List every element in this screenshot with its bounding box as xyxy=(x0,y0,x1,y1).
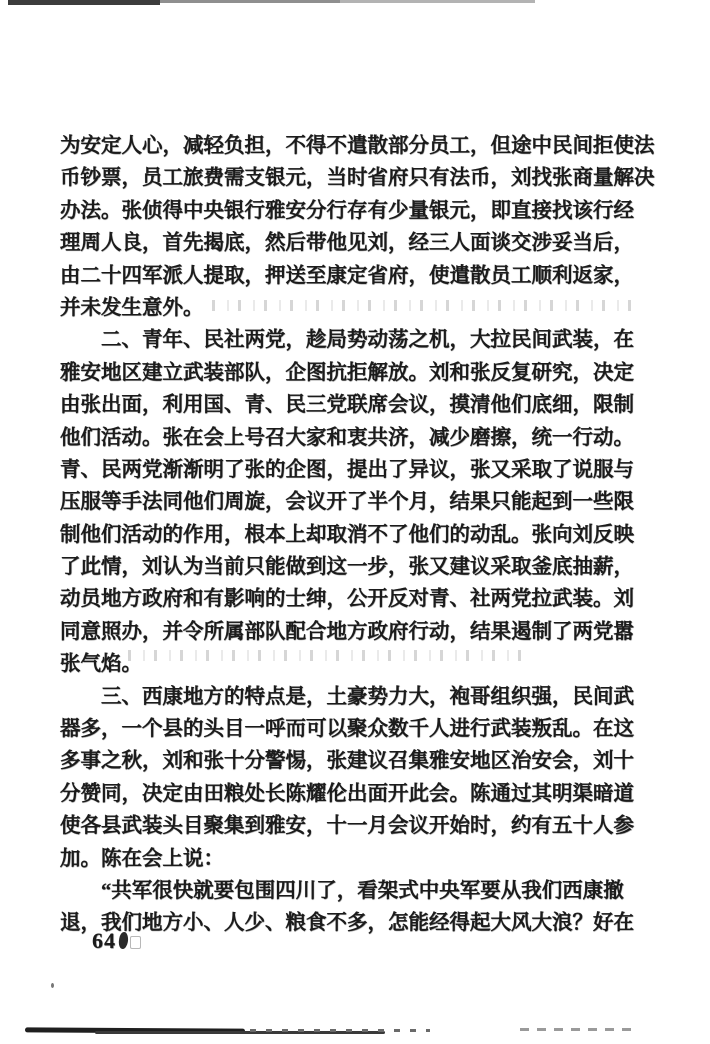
text-line: 办法。张侦得中央银行雅安分行存有少量银元，即直接找该行经 xyxy=(60,195,654,227)
scan-artifact-bottom-smear-faint xyxy=(520,1028,635,1031)
text-line: 使各县武装头目聚集到雅安，十一月会议开始时，约有五十人参 xyxy=(60,810,654,842)
text-line: 同意照办，并令所属部队配合地方政府行动，结果遏制了两党嚣 xyxy=(60,616,654,648)
text-line: 了此情，刘认为当前只能做到这一步，张又建议采取釜底抽薪， xyxy=(60,551,654,583)
scan-artifact-speck xyxy=(51,983,54,988)
scan-artifact-bottom-smear-dark xyxy=(25,1027,245,1033)
text-line: 青、民两党渐渐明了张的企图，提出了异议，张又采取了说服与 xyxy=(60,454,654,486)
text-line: 器多，一个县的头目一呼而可以聚众数千人进行武装叛乱。在这 xyxy=(60,713,654,745)
scan-artifact-top-bar-light xyxy=(340,0,535,3)
text-line: 并未发生意外。 xyxy=(60,292,654,324)
page-number: 64 xyxy=(92,928,116,954)
text-line: 理周人良，首先揭底，然后带他见刘，经三人面谈交涉妥当后， xyxy=(60,227,654,259)
text-line: 多事之秋，刘和张十分警惕，张建议召集雅安地区治安会，刘十 xyxy=(60,745,654,777)
scan-artifact-top-bar-medium xyxy=(160,0,340,3)
text-line: 由二十四军派人提取，押送至康定省府，使遣散员工顺利返家， xyxy=(60,260,654,292)
text-line: 币钞票，员工旅费需支银元，当时省府只有法币，刘找张商量解决 xyxy=(60,162,654,194)
scan-artifact-bottom-smear-mid xyxy=(95,1031,385,1034)
text-line: 雅安地区建立武装部队，企图抗拒解放。刘和张反复研究，决定 xyxy=(60,357,654,389)
text-line: 压服等手法同他们周旋，会议开了半个月，结果只能起到一些限 xyxy=(60,486,654,518)
text-block: 为安定人心，减轻负担，不得不遣散部分员工，但途中民间拒使法币钞票，员工旅费需支银… xyxy=(60,130,654,940)
scan-artifact-top-bar-dark xyxy=(8,0,160,5)
text-line: 退，我们地方小、人少、粮食不多，怎能经得起大风大浪？好在 xyxy=(60,907,654,939)
scan-artifact-bottom-smear-dashed xyxy=(250,1029,430,1032)
text-line: 加。陈在会上说： xyxy=(60,843,654,875)
text-line: 制他们活动的作用，根本上却取消不了他们的动乱。张向刘反映 xyxy=(60,519,654,551)
text-line: 三、西康地方的特点是，土豪势力大，袍哥组织强，民间武 xyxy=(60,681,654,713)
text-line: 为安定人心，减轻负担，不得不遣散部分员工，但途中民间拒使法 xyxy=(60,130,654,162)
text-line: “共军很快就要包围四川了，看架式中央军要从我们西康撤 xyxy=(60,875,654,907)
text-line: 动员地方政府和有影响的士绅，公开反对青、社两党拉武装。刘 xyxy=(60,583,654,615)
text-line: 分赞同，决定由田粮处长陈耀伦出面开此会。陈通过其明渠暗道 xyxy=(60,778,654,810)
text-line: 二、青年、民社两党，趁局势动荡之机，大拉民间武装，在 xyxy=(60,324,654,356)
text-line: 他们活动。张在会上号召大家和衷共济，减少磨擦，统一行动。 xyxy=(60,422,654,454)
text-line: 张气焰。 xyxy=(60,648,654,680)
scanned-book-page: 为安定人心，减轻负担，不得不遣散部分员工，但途中民间拒使法币钞票，员工旅费需支银… xyxy=(0,0,710,1044)
text-line: 由张出面，利用国、青、民三党联席会议，摸清他们底细，限制 xyxy=(60,389,654,421)
